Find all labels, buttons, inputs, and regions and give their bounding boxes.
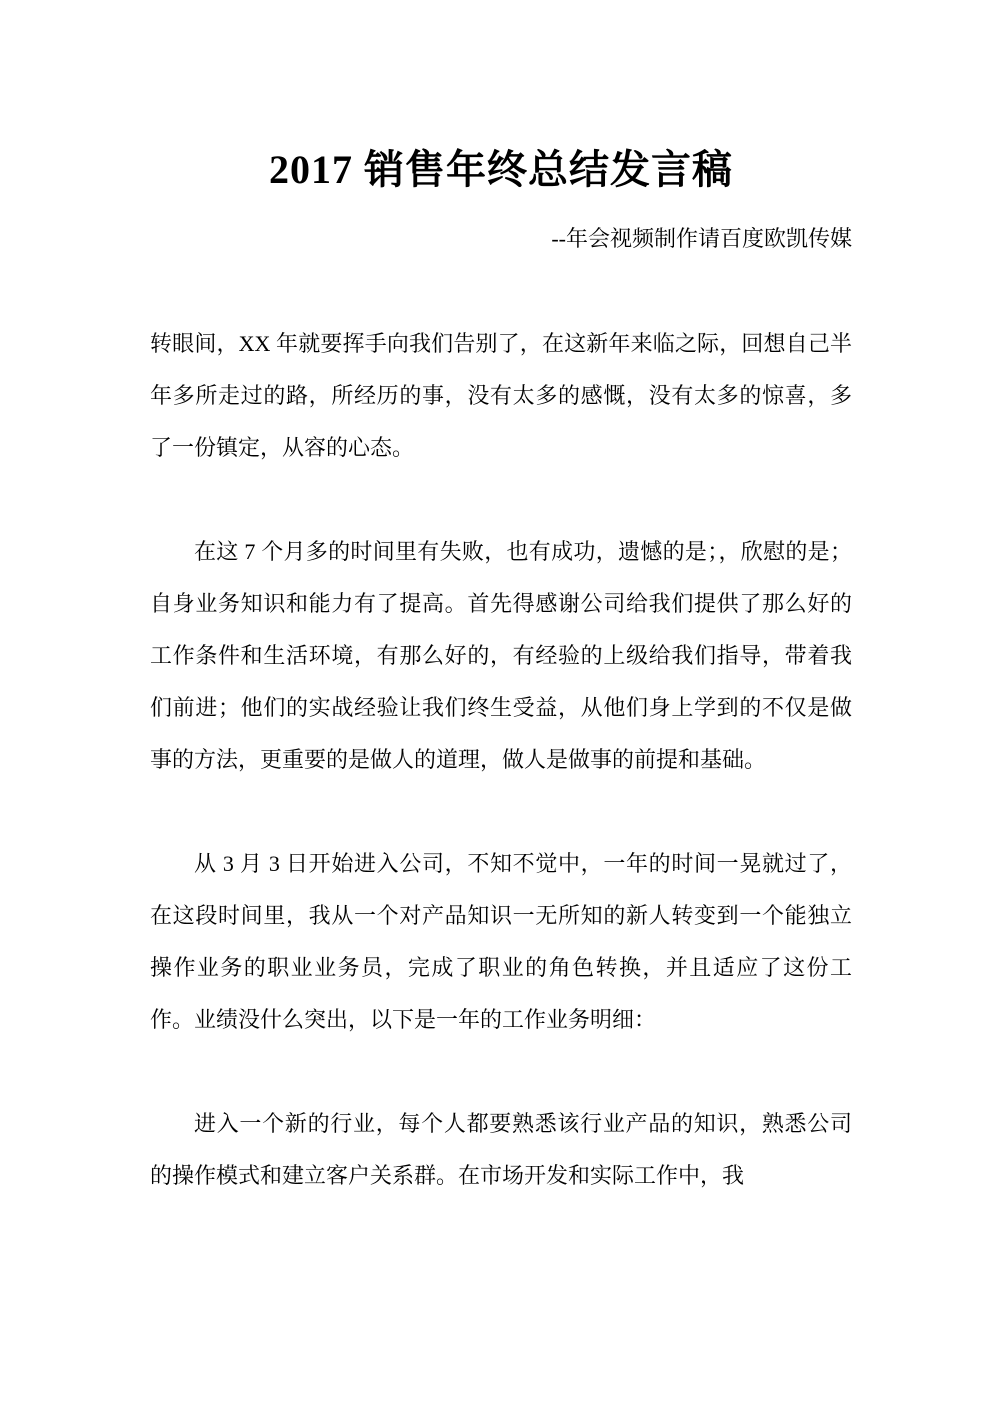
paragraph-3: 从 3 月 3 日开始进入公司，不知不觉中，一年的时间一晃就过了，在这段时间里，… <box>150 838 852 1046</box>
document-byline: --年会视频制作请百度欧凯传媒 <box>150 224 852 254</box>
paragraph-1: 转眼间，XX 年就要挥手向我们告别了，在这新年来临之际，回想自己半年多所走过的路… <box>150 318 852 474</box>
paragraph-4: 进入一个新的行业，每个人都要熟悉该行业产品的知识，熟悉公司的操作模式和建立客户关… <box>150 1098 852 1202</box>
document-page: 2017 销售年终总结发言稿 --年会视频制作请百度欧凯传媒 转眼间，XX 年就… <box>0 0 1000 1415</box>
document-content: 2017 销售年终总结发言稿 --年会视频制作请百度欧凯传媒 转眼间，XX 年就… <box>150 146 852 1202</box>
paragraph-2: 在这 7 个月多的时间里有失败，也有成功，遗憾的是；，欣慰的是；自身业务知识和能… <box>150 526 852 786</box>
document-title: 2017 销售年终总结发言稿 <box>150 146 852 194</box>
